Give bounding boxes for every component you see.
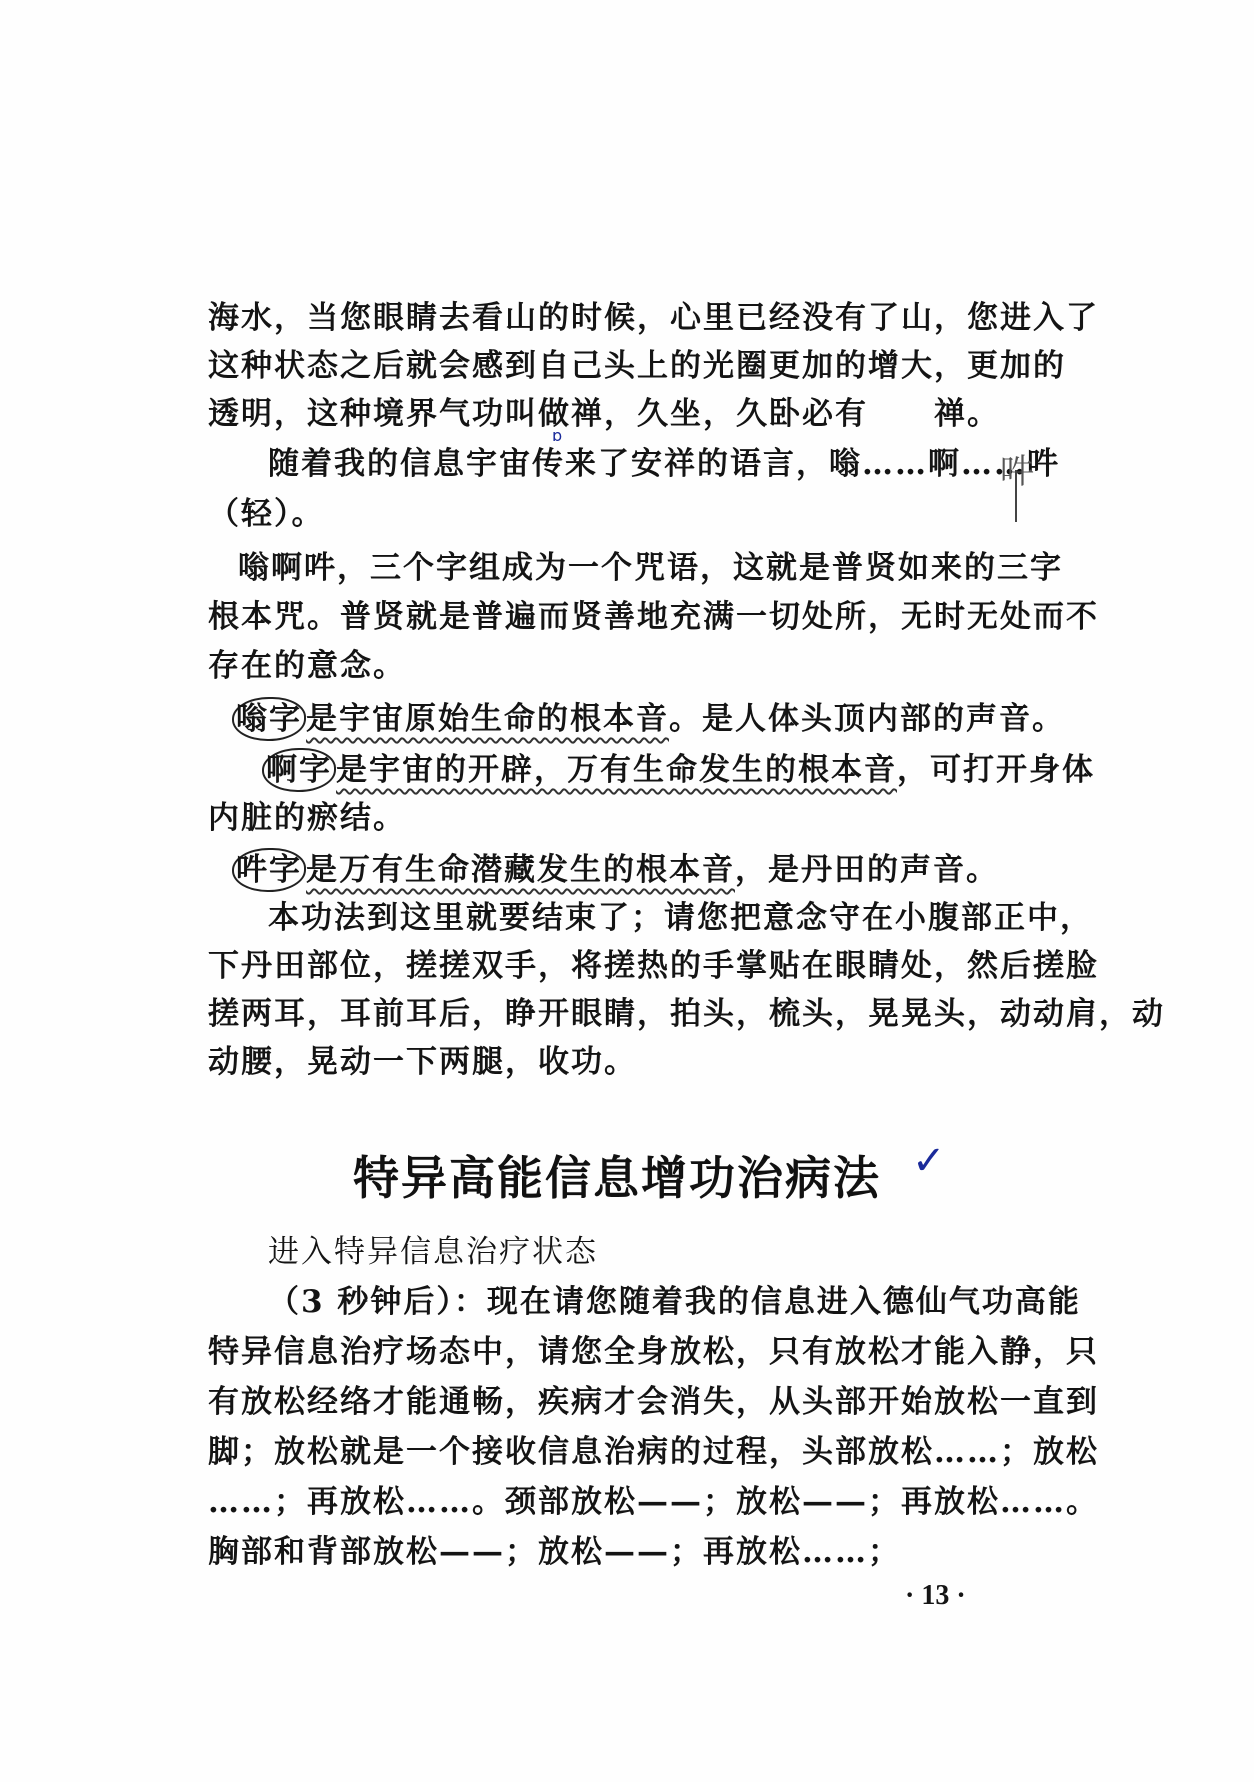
text-line-ah: 啊字是宇宙的开辟，万有生命发生的根本音，可打开身体 — [208, 748, 1108, 792]
text-line: 内脏的瘀结。 — [208, 798, 1048, 838]
underlined-phrase: 是宇宙的开辟，万有生命发生的根本音 — [336, 752, 897, 788]
underlined-phrase: 是宇宙原始生命的根本音 — [306, 701, 669, 737]
text-line-om: 嗡字是宇宙原始生命的根本音。是人体头顶内部的声音。 — [208, 697, 1078, 741]
text-line: （3 秒钟后）：现在请您随着我的信息进入德仙气功高能 — [208, 1282, 1108, 1322]
text-line: 搓两耳，耳前耳后，睁开眼睛，拍头，梳头，晃晃头，动动肩，动 — [208, 994, 1048, 1034]
circled-word: 啊字 — [262, 748, 336, 792]
text-line: 胸部和背部放松——；放松——；再放松……； — [208, 1532, 1048, 1572]
text-line: 动腰，晃动一下两腿，收功。 — [208, 1042, 1048, 1082]
text-line-hum: 吽字是万有生命潜藏发生的根本音，是丹田的声音。 — [208, 848, 1078, 892]
section-title-text: 特异高能信息增功治病法 — [353, 1151, 881, 1205]
text-line: ……；再放松……。颈部放松——；放松——；再放松……。 — [208, 1482, 1048, 1522]
text-line: 嗡啊吽，三个字组成为一个咒语，这就是普贤如来的三字 — [208, 548, 1078, 588]
text-line: 随着我的信息宇宙传来了安祥的语言，嗡……啊……吽 — [208, 444, 1108, 484]
handwritten-mark: ɒ — [552, 426, 562, 445]
circled-word: 嗡字 — [232, 697, 306, 741]
text-line: 脚；放松就是一个接收信息治病的过程，头部放松……；放松 — [208, 1432, 1048, 1472]
section-subtitle: 进入特异信息治疗状态 — [208, 1232, 1108, 1272]
text-line: 存在的意念。 — [208, 646, 1048, 686]
text-line: 这种状态之后就会感到自己头上的光圈更加的增大，更加的 — [208, 346, 1048, 386]
handwritten-margin-note: 吽 — [1000, 444, 1034, 493]
text-line: 透明，这种境界气功叫做禅，久坐，久卧必有 禅。 — [208, 394, 1048, 434]
text-line: 本功法到这里就要结束了；请您把意念守在小腹部正中， — [208, 898, 1108, 938]
text-span: ，是丹田的声音。 — [735, 852, 999, 888]
text-line: 根本咒。普贤就是普遍而贤善地充满一切处所，无时无处而不 — [208, 597, 1048, 637]
text-line: 有放松经络才能通畅，疾病才会消失，从头部开始放松一直到 — [208, 1382, 1048, 1422]
text-span: ，可打开身体 — [897, 752, 1095, 788]
text-line: 下丹田部位，搓搓双手，将搓热的手掌贴在眼睛处，然后搓脸 — [208, 946, 1048, 986]
underlined-phrase: 是万有生命潜藏发生的根本音 — [306, 852, 735, 888]
text-line: 特异信息治疗场态中，请您全身放松，只有放松才能入静，只 — [208, 1332, 1048, 1372]
book-page: 海水，当您眼睛去看山的时候，心里已经没有了山，您进入了 这种状态之后就会感到自己… — [0, 0, 1254, 1782]
text-line: 海水，当您眼睛去看山的时候，心里已经没有了山，您进入了 — [208, 298, 1048, 338]
section-title: 特异高能信息增功治病法 — [0, 1142, 1254, 1208]
circled-word: 吽字 — [232, 848, 306, 892]
text-span: 。是人体头顶内部的声音。 — [669, 701, 1065, 737]
text-line: （轻）。 — [208, 494, 1048, 534]
checkmark-icon: ✓ — [912, 1138, 946, 1184]
page-number: · 13 · — [905, 1580, 966, 1612]
